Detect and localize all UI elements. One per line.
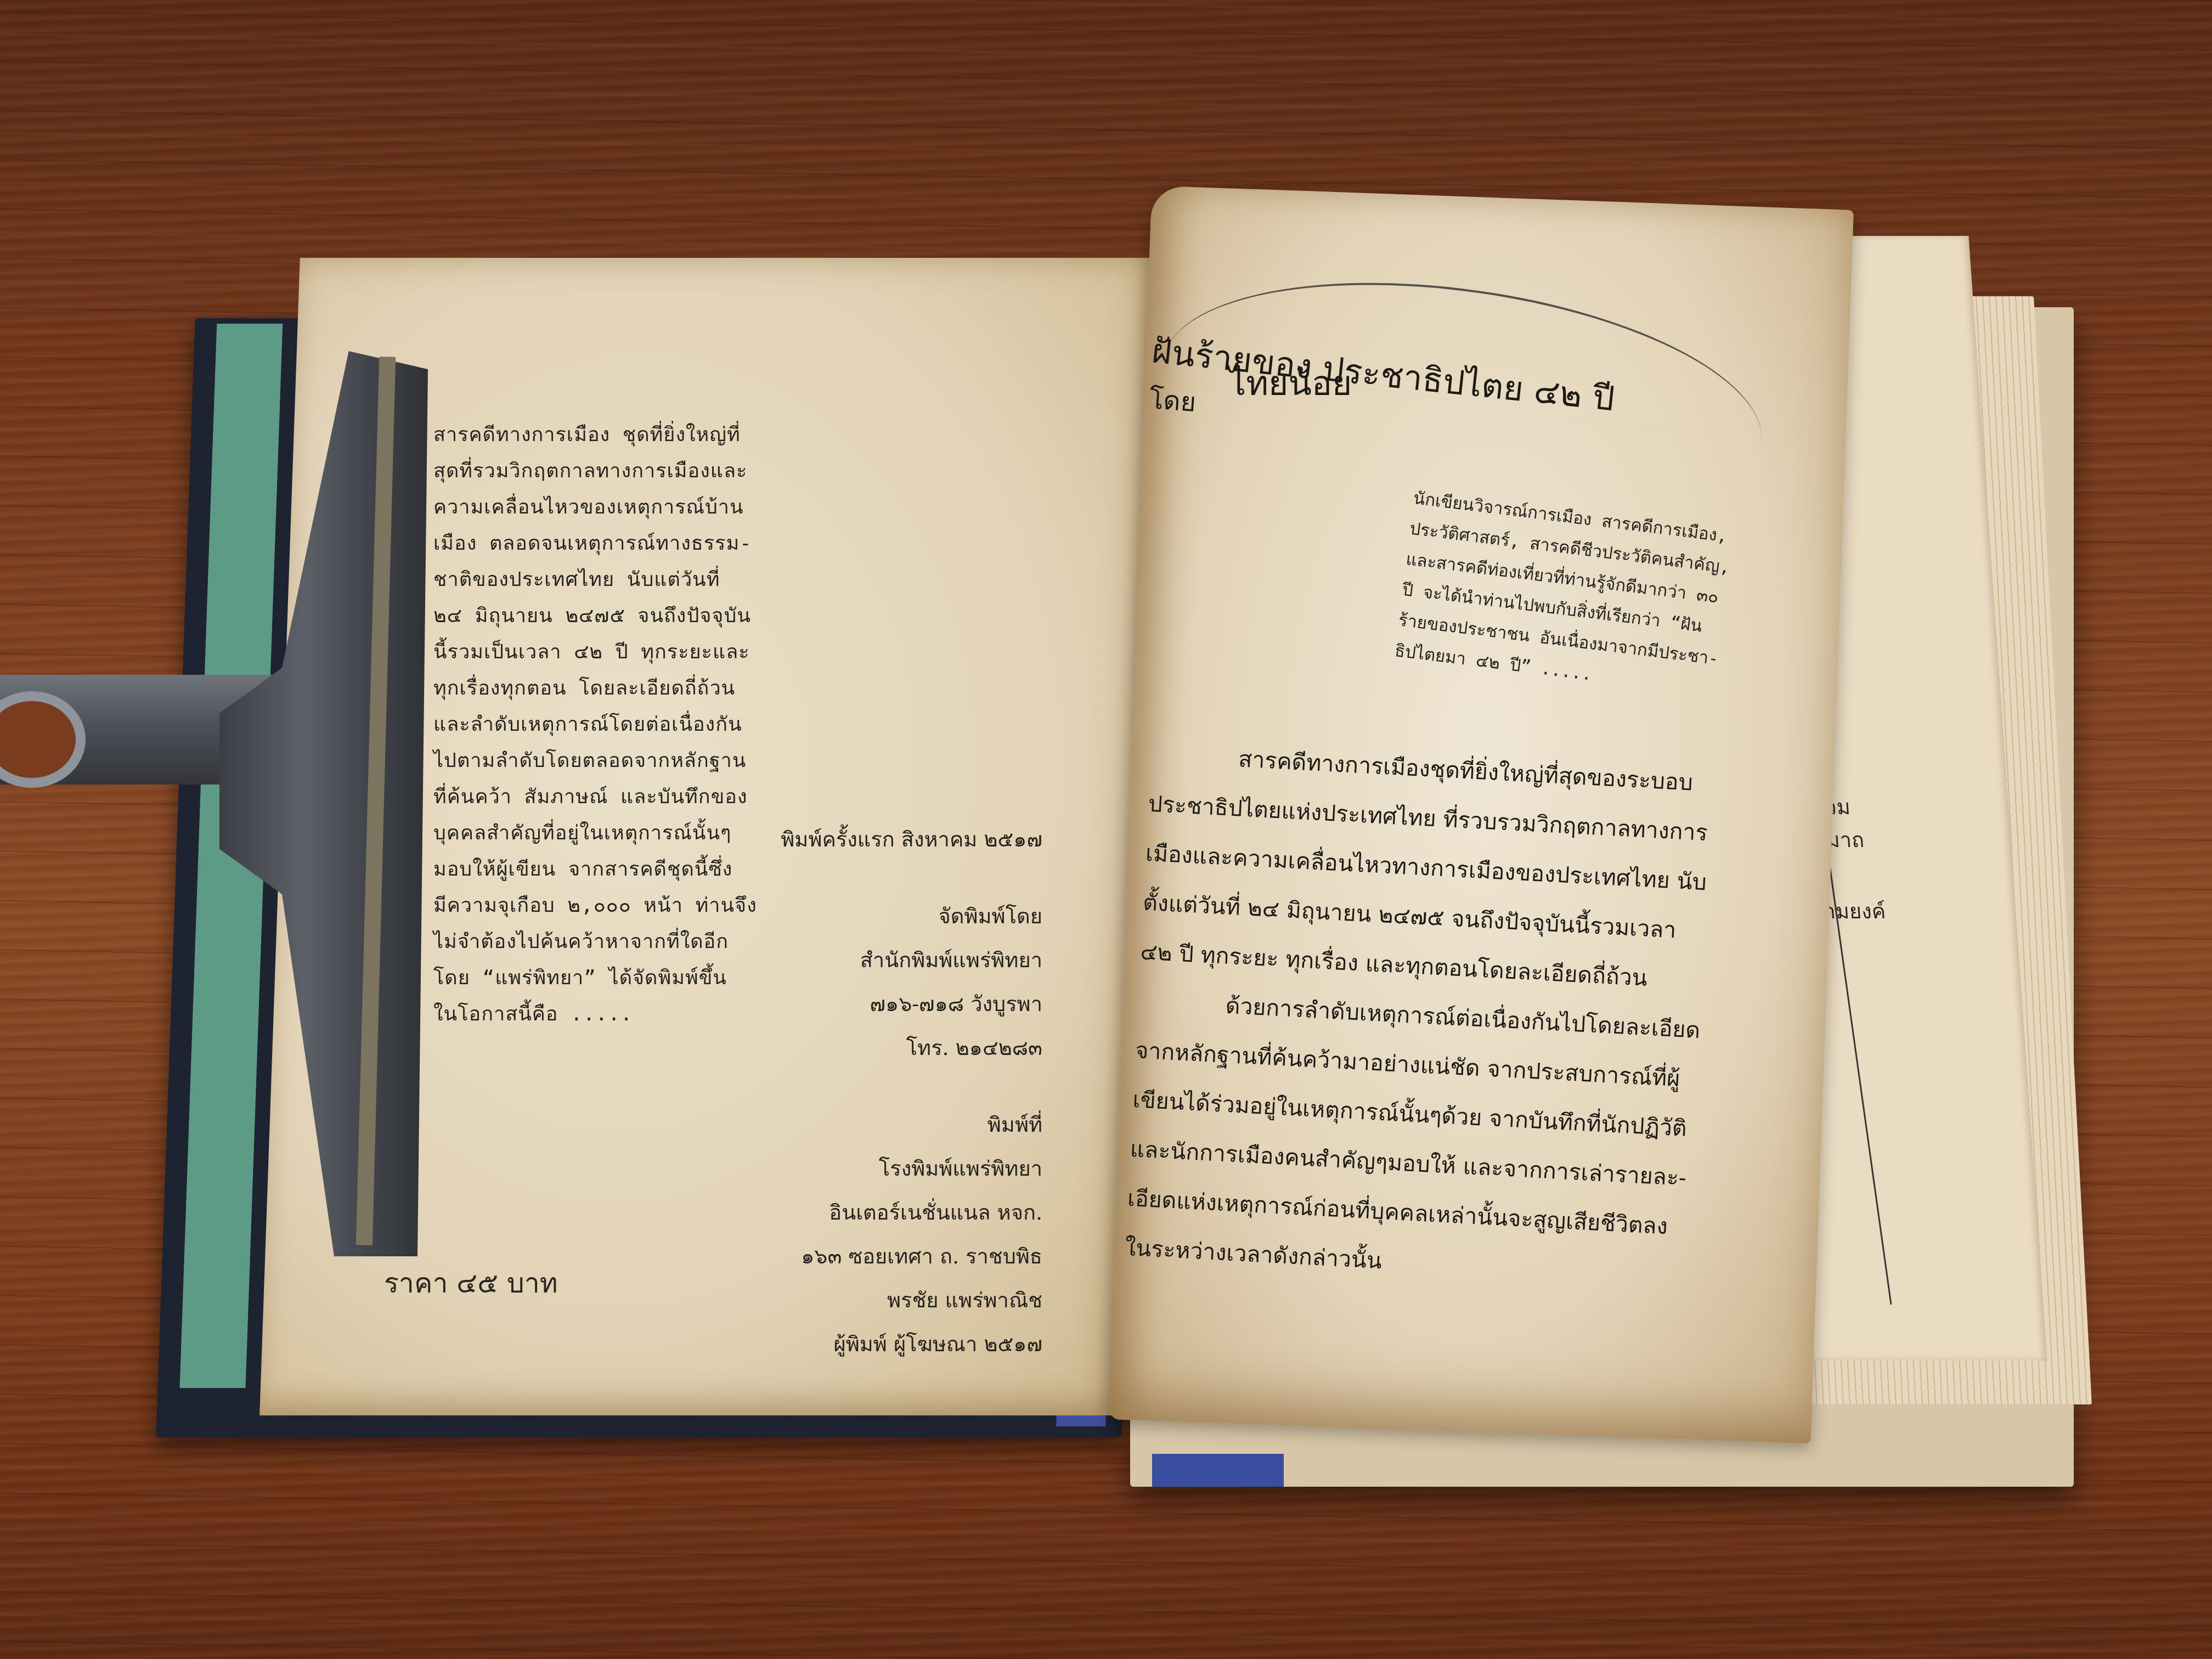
by-label: โดย xyxy=(1148,379,1197,424)
published-by-label: จัดพิมพ์โดย xyxy=(774,894,1042,938)
body-line: และลำดับเหตุการณ์โดยต่อเนื่องกัน xyxy=(433,707,785,743)
body-line: ไม่จำต้องไปค้นคว้าหาจากที่ใดอีก xyxy=(433,924,785,960)
publisher-phone: โทร. ๒๑๔๒๘๓ xyxy=(774,1026,1042,1070)
binder-clip-icon xyxy=(0,351,439,1284)
printer-address: ๑๖๓ ซอยเทศา ถ. ราชบพิธ xyxy=(774,1234,1042,1278)
publisher-address: ๗๑๖-๗๑๘ วังบูรพา xyxy=(774,982,1042,1026)
publisher-name: สำนักพิมพ์แพร่พิทยา xyxy=(774,938,1042,982)
printed-at-label: พิมพ์ที่ xyxy=(774,1103,1042,1147)
first-printing: พิมพ์ครั้งแรก สิงหาคม ๒๕๑๗ xyxy=(774,817,1042,861)
body-line: มอบให้ผู้เขียน จากสารคดีชุดนี้ซึ่ง xyxy=(433,851,785,888)
body-line: เมือง ตลอดจนเหตุการณ์ทางธรรม- xyxy=(433,526,785,562)
right-page-body: สารคดีทางการเมืองชุดที่ยิ่งใหญ่ที่สุดของ… xyxy=(1124,730,1754,1304)
body-line: ที่ค้นคว้า สัมภาษณ์ และบันทึกของ xyxy=(433,779,785,815)
author-name: ไทยน้อย xyxy=(1229,357,1352,410)
body-line: ชาติของประเทศไทย นับแต่วันที่ xyxy=(433,562,785,598)
body-line: สารคดีทางการเมือง ชุดที่ยิ่งใหญ่ที่ xyxy=(433,417,785,453)
printer-person: พรชัย แพร่พาณิช xyxy=(774,1278,1042,1322)
publication-info: พิมพ์ครั้งแรก สิงหาคม ๒๕๑๗ จัดพิมพ์โดย ส… xyxy=(774,817,1042,1366)
body-line: ไปตามลำดับโดยตลอดจากหลักฐาน xyxy=(433,743,785,779)
body-line: บุคคลสำคัญที่อยู่ในเหตุการณ์นั้นๆ xyxy=(433,815,785,851)
body-line: นี้รวมเป็นเวลา ๔๒ ปี ทุกระยะและ xyxy=(433,634,785,670)
body-line: ความเคลื่อนไหวของเหตุการณ์บ้าน xyxy=(433,489,785,526)
clip-plate xyxy=(219,351,428,1256)
body-line: ๒๔ มิถุนายน ๒๔๗๕ จนถึงปัจจุบัน xyxy=(433,598,785,634)
body-line: ในโอกาสนี้คือ ..... xyxy=(433,996,785,1032)
printer-role: ผู้พิมพ์ ผู้โฆษณา ๒๕๑๗ xyxy=(774,1322,1042,1366)
body-line: โดย “แพร่พิทยา” ได้จัดพิมพ์ขึ้น xyxy=(433,960,785,996)
body-line: มีความจุเกือบ ๒,๐๐๐ หน้า ท่านจึง xyxy=(433,888,785,924)
left-page-body: สารคดีทางการเมือง ชุดที่ยิ่งใหญ่ที่ สุดท… xyxy=(433,417,785,1032)
printer-company: อินเตอร์เนชั่นแนล หจก. xyxy=(774,1190,1042,1234)
body-line: ทุกเรื่องทุกตอน โดยละเอียดถี่ถ้วน xyxy=(433,670,785,707)
cover-blue-tape-right xyxy=(1152,1454,1284,1487)
body-line: สุดที่รวมวิกฤตกาลทางการเมืองและ xyxy=(433,453,785,489)
text-fragment: ามยงค์ xyxy=(1822,894,1887,928)
printer-name: โรงพิมพ์แพร่พิทยา xyxy=(774,1147,1042,1190)
